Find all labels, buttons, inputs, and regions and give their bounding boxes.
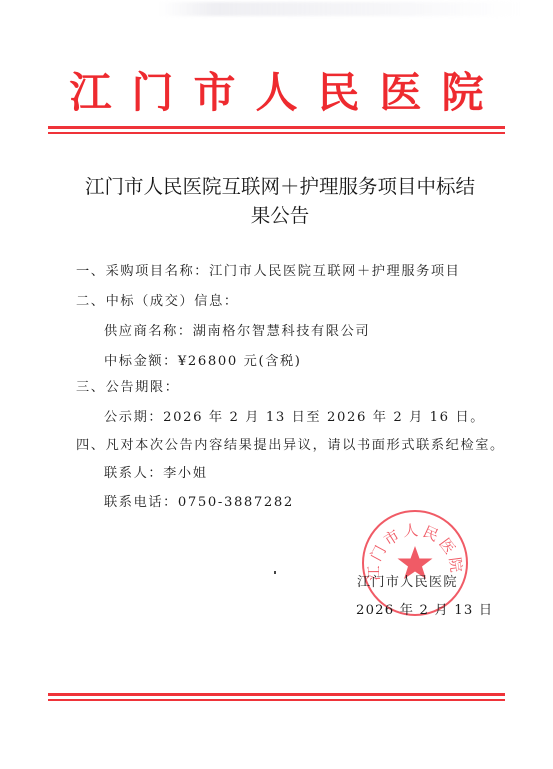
scan-speck <box>274 571 276 574</box>
item-notice-period-heading: 三、公告期限： <box>76 379 180 397</box>
title-line-2: 果公告 <box>60 201 500 230</box>
item-contact-person: 联系人：李小姐 <box>104 465 208 483</box>
item-contact-phone: 联系电话：0750-3887282 <box>104 494 294 512</box>
signature-org: 江门市人民医院 <box>357 571 458 590</box>
item-objection-notice: 四、凡对本次公告内容结果提出异议，请以书面形式联系纪检室。 <box>76 437 505 455</box>
scan-artifact <box>160 2 520 16</box>
item-award-amount: 中标金额：¥26800 元(含税) <box>104 353 302 371</box>
signature-date: 2026 年 2 月 13 日 <box>356 599 493 618</box>
item-supplier-name: 供应商名称：湖南格尔智慧科技有限公司 <box>104 323 370 341</box>
item-notice-period: 公示期：2026 年 2 月 13 日至 2026 年 2 月 16 日。 <box>104 409 485 427</box>
item-award-info-heading: 二、中标（成交）信息： <box>76 293 239 311</box>
footer-rule-top <box>48 693 505 696</box>
header-rule-bottom <box>48 132 505 134</box>
document-title: 江门市人民医院互联网＋护理服务项目中标结 果公告 <box>60 172 500 230</box>
footer-rule-bottom <box>48 699 505 701</box>
item-project-name: 一、采购项目名称：江门市人民医院互联网＋护理服务项目 <box>76 263 460 281</box>
masthead-org-name: 江门市人民医院 <box>48 68 505 118</box>
title-line-1: 江门市人民医院互联网＋护理服务项目中标结 <box>60 172 500 201</box>
header-rule-top <box>48 126 505 129</box>
